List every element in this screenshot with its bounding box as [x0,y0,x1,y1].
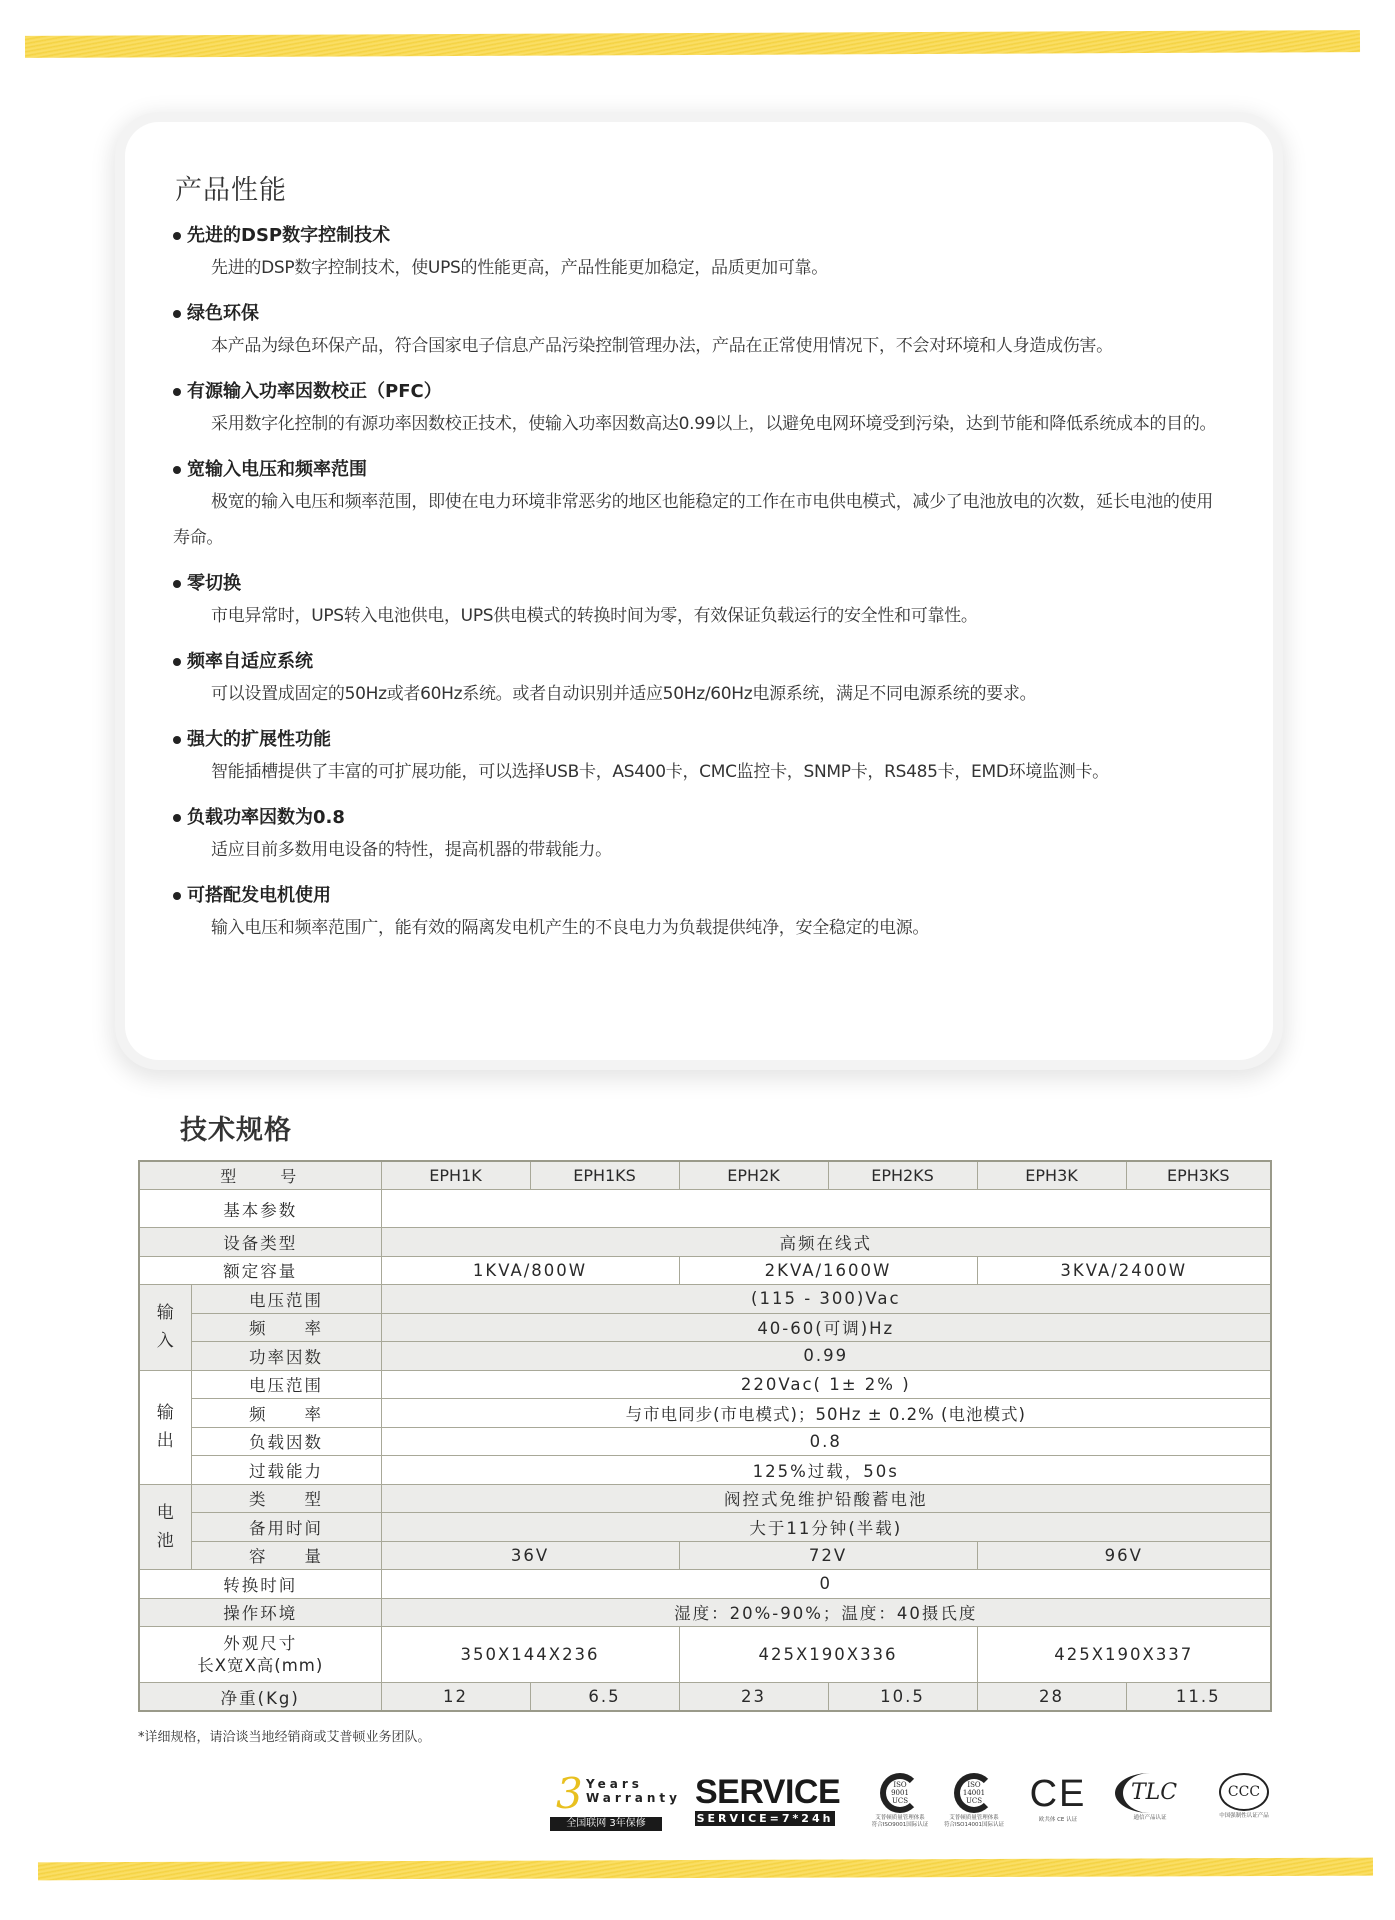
feature-item: 负载功率因数为0.8 适应目前多数用电设备的特性，提高机器的带载能力。 [173,804,1223,868]
row-value: (115 - 300)Vac [381,1285,1271,1314]
group-label-battery: 电池 [139,1484,191,1570]
row-label: 容 量 [191,1541,381,1570]
feature-body: 先进的DSP数字控制技术，使UPS的性能更高，产品性能更加稳定，品质更加可靠。 [173,250,1223,286]
feature-title: 绿色环保 [187,300,259,328]
feature-title: 有源输入功率因数校正（PFC） [187,378,442,406]
group-label-output: 输出 [139,1370,191,1484]
row-label: 电压范围 [191,1285,381,1314]
feature-body: 智能插槽提供了丰富的可扩展功能，可以选择USB卡，AS400卡，CMC监控卡，S… [173,754,1223,790]
performance-title: 产品性能 [175,168,287,207]
service-bar: SERVICE=7*24h [695,1811,835,1826]
row-label: 负载因数 [191,1427,381,1456]
row-value: 0.99 [381,1342,1271,1371]
feature-title: 强大的扩展性功能 [187,726,331,754]
iso9001-seal-icon: ISO9001UCS [880,1773,920,1813]
row-value: 湿度：20%-90%；温度：40摄氏度 [381,1598,1271,1627]
table-row-environment: 操作环境 湿度：20%-90%；温度：40摄氏度 [139,1598,1271,1627]
table-row-net-weight: 净重(Kg) 12 6.5 23 10.5 28 11.5 [139,1683,1271,1712]
feature-body: 可以设置成固定的50Hz或者60Hz系统。或者自动识别并适应50Hz/60Hz电… [173,676,1223,712]
bullet-icon [173,232,181,240]
feature-title: 先进的DSP数字控制技术 [187,222,390,250]
feature-body: 采用数字化控制的有源功率因数校正技术，使输入功率因数高达0.99以上，以避免电网… [173,406,1223,442]
row-value: 96V [977,1541,1271,1570]
row-label: 类 型 [191,1484,381,1513]
feature-body: 输入电压和频率范围广，能有效的隔离发电机产生的不良电力为负载提供纯净，安全稳定的… [173,910,1223,946]
iso9001-caption: 艾普顿质量管理体系 [868,1815,932,1822]
model-cell: EPH3K [977,1161,1126,1190]
table-row-input-power-factor: 功率因数 0.99 [139,1342,1271,1371]
feature-title: 负载功率因数为0.8 [187,804,345,832]
bullet-icon [173,466,181,474]
row-value: 0.8 [381,1427,1271,1456]
row-value: 与市电同步(市电模式)；50Hz ± 0.2% (电池模式) [381,1399,1271,1428]
row-value: 350X144X236 [381,1627,679,1683]
warranty-line2: Warranty [586,1791,681,1805]
bullet-icon [173,814,181,822]
table-row-battery-type: 电池 类 型 阀控式免维护铅酸蓄电池 [139,1484,1271,1513]
row-value: 11.5 [1126,1683,1271,1712]
feature-item: 强大的扩展性功能 智能插槽提供了丰富的可扩展功能，可以选择USB卡，AS400卡… [173,726,1223,790]
row-value: 10.5 [828,1683,977,1712]
row-value: 2KVA/1600W [679,1256,977,1285]
feature-item: 先进的DSP数字控制技术 先进的DSP数字控制技术，使UPS的性能更高，产品性能… [173,222,1223,286]
spec-footnote: *详细规格，请洽谈当地经销商或艾普顿业务团队。 [138,1726,431,1745]
table-row-output-load-factor: 负载因数 0.8 [139,1427,1271,1456]
model-cell: EPH2K [679,1161,828,1190]
row-value: 12 [381,1683,530,1712]
row-value: 425X190X337 [977,1627,1271,1683]
product-performance-card: 产品性能 先进的DSP数字控制技术 先进的DSP数字控制技术，使UPS的性能更高… [125,122,1273,1060]
row-value: 0 [381,1570,1271,1599]
table-row-battery-backup: 备用时间 大于11分钟(半载) [139,1513,1271,1542]
bullet-icon [173,580,181,588]
warranty-line1: Years [586,1777,681,1791]
feature-body: 极宽的输入电压和频率范围，即使在电力环境非常恶劣的地区也能稳定的工作在市电供电模… [173,484,1223,556]
feature-item: 宽输入电压和频率范围 极宽的输入电压和频率范围，即使在电力环境非常恶劣的地区也能… [173,456,1223,556]
table-row-output-overload: 过载能力 125%过载，50s [139,1456,1271,1485]
feature-item: 可搭配发电机使用 输入电压和频率范围广，能有效的隔离发电机产生的不良电力为负载提… [173,882,1223,946]
certification-logos: 3 YearsWarranty 全国联网 3年保修 SERVICE SERVIC… [550,1773,1280,1833]
row-value: 大于11分钟(半载) [381,1513,1271,1542]
row-value: 220Vac( 1± 2% ) [381,1370,1271,1399]
iso14001-logo: ISO14001UCS 艾普顿质量管理体系符合ISO14001国际认证 [942,1773,1006,1829]
model-label: 型 号 [139,1161,381,1190]
row-label: 额定容量 [139,1256,381,1285]
table-row-rated-capacity: 额定容量 1KVA/800W 2KVA/1600W 3KVA/2400W [139,1256,1271,1285]
ce-logo: CE 欧共体 CE 认证 [1028,1773,1088,1824]
table-row-model: 型 号 EPH1K EPH1KS EPH2K EPH2KS EPH3K EPH3… [139,1161,1271,1190]
iso14001-seal-icon: ISO14001UCS [954,1773,994,1813]
row-value: 1KVA/800W [381,1256,679,1285]
feature-body: 适应目前多数用电设备的特性，提高机器的带载能力。 [173,832,1223,868]
row-label: 操作环境 [139,1598,381,1627]
table-row-output-voltage: 输出 电压范围 220Vac( 1± 2% ) [139,1370,1271,1399]
row-label: 频 率 [191,1399,381,1428]
feature-item: 有源输入功率因数校正（PFC） 采用数字化控制的有源功率因数校正技术，使输入功率… [173,378,1223,442]
bottom-decorative-stripe [38,1858,1373,1881]
table-row-input-frequency: 频 率 40-60(可调)Hz [139,1313,1271,1342]
bullet-icon [173,388,181,396]
warranty-bar: 全国联网 3年保修 [550,1817,662,1831]
iso14001-caption: 艾普顿质量管理体系 [942,1815,1006,1822]
table-row-device-type: 设备类型 高频在线式 [139,1228,1271,1257]
ccc-caption: 中国强制性认证产品 [1208,1813,1280,1820]
row-value: 40-60(可调)Hz [381,1313,1271,1342]
row-label: 设备类型 [139,1228,381,1257]
bullet-icon [173,736,181,744]
basic-params-label: 基本参数 [139,1190,381,1228]
feature-list: 先进的DSP数字控制技术 先进的DSP数字控制技术，使UPS的性能更高，产品性能… [173,222,1223,960]
tlc-caption: 通信产品认证 [1115,1815,1185,1822]
table-row-output-frequency: 频 率 与市电同步(市电模式)；50Hz ± 0.2% (电池模式) [139,1399,1271,1428]
bullet-icon [173,892,181,900]
row-label: 备用时间 [191,1513,381,1542]
row-label: 净重(Kg) [139,1683,381,1712]
iso9001-logo: ISO9001UCS 艾普顿质量管理体系符合ISO9001国际认证 [868,1773,932,1829]
feature-item: 零切换 市电异常时，UPS转入电池供电，UPS供电模式的转换时间为零，有效保证负… [173,570,1223,634]
row-value: 28 [977,1683,1126,1712]
feature-title: 零切换 [187,570,241,598]
table-row-transfer-time: 转换时间 0 [139,1570,1271,1599]
feature-title: 宽输入电压和频率范围 [187,456,367,484]
feature-item: 频率自适应系统 可以设置成固定的50Hz或者60Hz系统。或者自动识别并适应50… [173,648,1223,712]
group-label-input: 输入 [139,1285,191,1371]
table-row-basic-params: 基本参数 [139,1190,1271,1228]
feature-body: 市电异常时，UPS转入电池供电，UPS供电模式的转换时间为零，有效保证负载运行的… [173,598,1223,634]
model-cell: EPH1KS [530,1161,679,1190]
row-value: 72V [679,1541,977,1570]
row-value: 阀控式免维护铅酸蓄电池 [381,1484,1271,1513]
basic-params-value [381,1190,1271,1228]
table-row-battery-capacity: 容 量 36V 72V 96V [139,1541,1271,1570]
table-row-input-voltage: 输入 电压范围 (115 - 300)Vac [139,1285,1271,1314]
row-label: 外观尺寸长X宽X高(mm) [139,1627,381,1683]
feature-body: 本产品为绿色环保产品，符合国家电子信息产品污染控制管理办法，产品在正常使用情况下… [173,328,1223,364]
model-cell: EPH1K [381,1161,530,1190]
ce-mark-icon: CE [1028,1773,1088,1815]
row-label: 电压范围 [191,1370,381,1399]
row-label: 过载能力 [191,1456,381,1485]
row-value: 125%过载，50s [381,1456,1271,1485]
feature-title: 频率自适应系统 [187,648,313,676]
row-value: 3KVA/2400W [977,1256,1271,1285]
ccc-logo: CCC 中国强制性认证产品 [1208,1773,1280,1820]
row-label: 频 率 [191,1313,381,1342]
row-value: 425X190X336 [679,1627,977,1683]
bullet-icon [173,310,181,318]
top-decorative-stripe [25,30,1360,58]
model-cell: EPH2KS [828,1161,977,1190]
tlc-logo: TLC 通信产品认证 [1115,1773,1185,1822]
spec-table: 型 号 EPH1K EPH1KS EPH2K EPH2KS EPH3K EPH3… [138,1160,1272,1712]
row-value: 6.5 [530,1683,679,1712]
row-value: 高频在线式 [381,1228,1271,1257]
service-title: SERVICE [695,1773,835,1811]
ce-caption: 欧共体 CE 认证 [1028,1817,1088,1824]
row-label: 功率因数 [191,1342,381,1371]
warranty-digit: 3 [556,1769,583,1818]
row-value: 36V [381,1541,679,1570]
service-logo: SERVICE SERVICE=7*24h [695,1773,835,1826]
row-value: 23 [679,1683,828,1712]
feature-title: 可搭配发电机使用 [187,882,331,910]
row-label: 转换时间 [139,1570,381,1599]
ccc-mark-icon: CCC [1219,1773,1269,1811]
model-cell: EPH3KS [1126,1161,1271,1190]
tlc-mark-icon: TLC [1115,1773,1185,1813]
feature-item: 绿色环保 本产品为绿色环保产品，符合国家电子信息产品污染控制管理办法，产品在正常… [173,300,1223,364]
bullet-icon [173,658,181,666]
specs-title: 技术规格 [180,1108,292,1147]
table-row-dimensions: 外观尺寸长X宽X高(mm) 350X144X236 425X190X336 42… [139,1627,1271,1683]
